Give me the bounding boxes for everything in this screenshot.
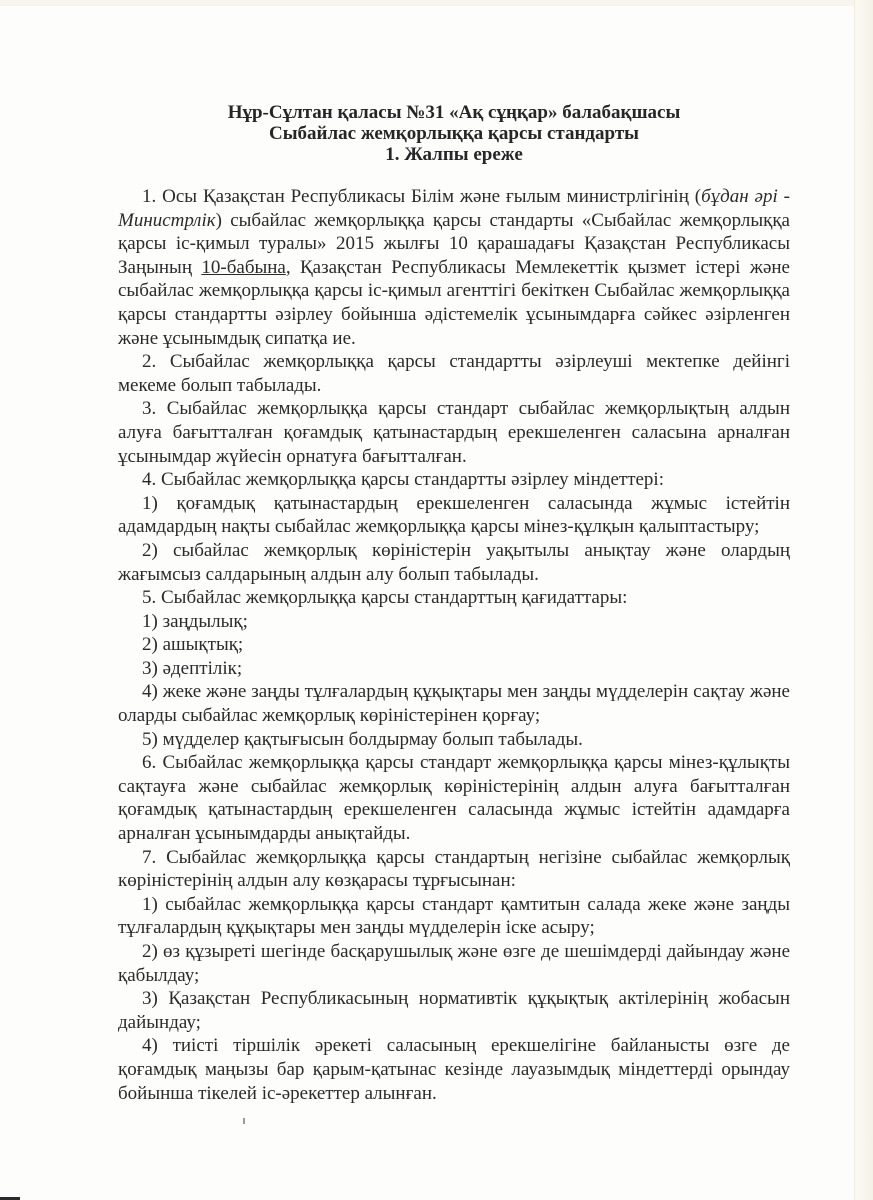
paragraph-4: 4. Сыбайлас жемқорлыққа қарсы стандартты… (118, 468, 790, 492)
list-item: 1) сыбайлас жемқорлыққа қарсы стандарт қ… (118, 893, 790, 940)
paragraph-1: 1. Осы Қазақстан Республикасы Білім және… (118, 185, 790, 350)
list-item: 4) жеке және заңды тұлғалардың құқықтары… (118, 680, 790, 727)
list-item: 5) мүдделер қақтығысын болдырмау болып т… (118, 728, 790, 752)
scan-speck (243, 1118, 245, 1124)
paragraph-3: 3. Сыбайлас жемқорлыққа қарсы стандарт с… (118, 397, 790, 468)
list-item: 1) заңдылық; (118, 610, 790, 634)
paragraph-5: 5. Сыбайлас жемқорлыққа қарсы стандартты… (118, 586, 790, 610)
list-item: 2) ашықтық; (118, 633, 790, 657)
list-item: 2) сыбайлас жемқорлық көріністерін уақыт… (118, 539, 790, 586)
institution-title: Нұр-Сұлтан қаласы №31 «Ақ сұңқар» балаба… (118, 102, 790, 123)
scan-top-edge (0, 0, 873, 6)
paragraph-7: 7. Сыбайлас жемқорлыққа қарсы стандартың… (118, 846, 790, 893)
scan-right-edge (854, 0, 873, 1200)
document-body: 1. Осы Қазақстан Республикасы Білім және… (118, 185, 790, 1105)
standard-title: Сыбайлас жемқорлыққа қарсы стандарты (118, 123, 790, 144)
list-item: 1) қоғамдық қатынастардың ерекшеленген с… (118, 492, 790, 539)
paragraph-2: 2. Сыбайлас жемқорлыққа қарсы стандартты… (118, 350, 790, 397)
paragraph-6: 6. Сыбайлас жемқорлыққа қарсы стандарт ж… (118, 751, 790, 845)
list-item: 4) тиісті тіршілік әрекеті саласының ере… (118, 1034, 790, 1105)
list-item: 3) әдептілік; (118, 657, 790, 681)
law-article-link[interactable]: 10-бабына (201, 257, 285, 278)
document-page: Нұр-Сұлтан қаласы №31 «Ақ сұңқар» балаба… (118, 102, 790, 1105)
list-item: 3) Қазақстан Республикасының нормативтік… (118, 987, 790, 1034)
list-item: 2) өз құзыреті шегінде басқарушылық және… (118, 940, 790, 987)
document-header: Нұр-Сұлтан қаласы №31 «Ақ сұңқар» балаба… (118, 102, 790, 165)
section-title: 1. Жалпы ереже (118, 144, 790, 165)
